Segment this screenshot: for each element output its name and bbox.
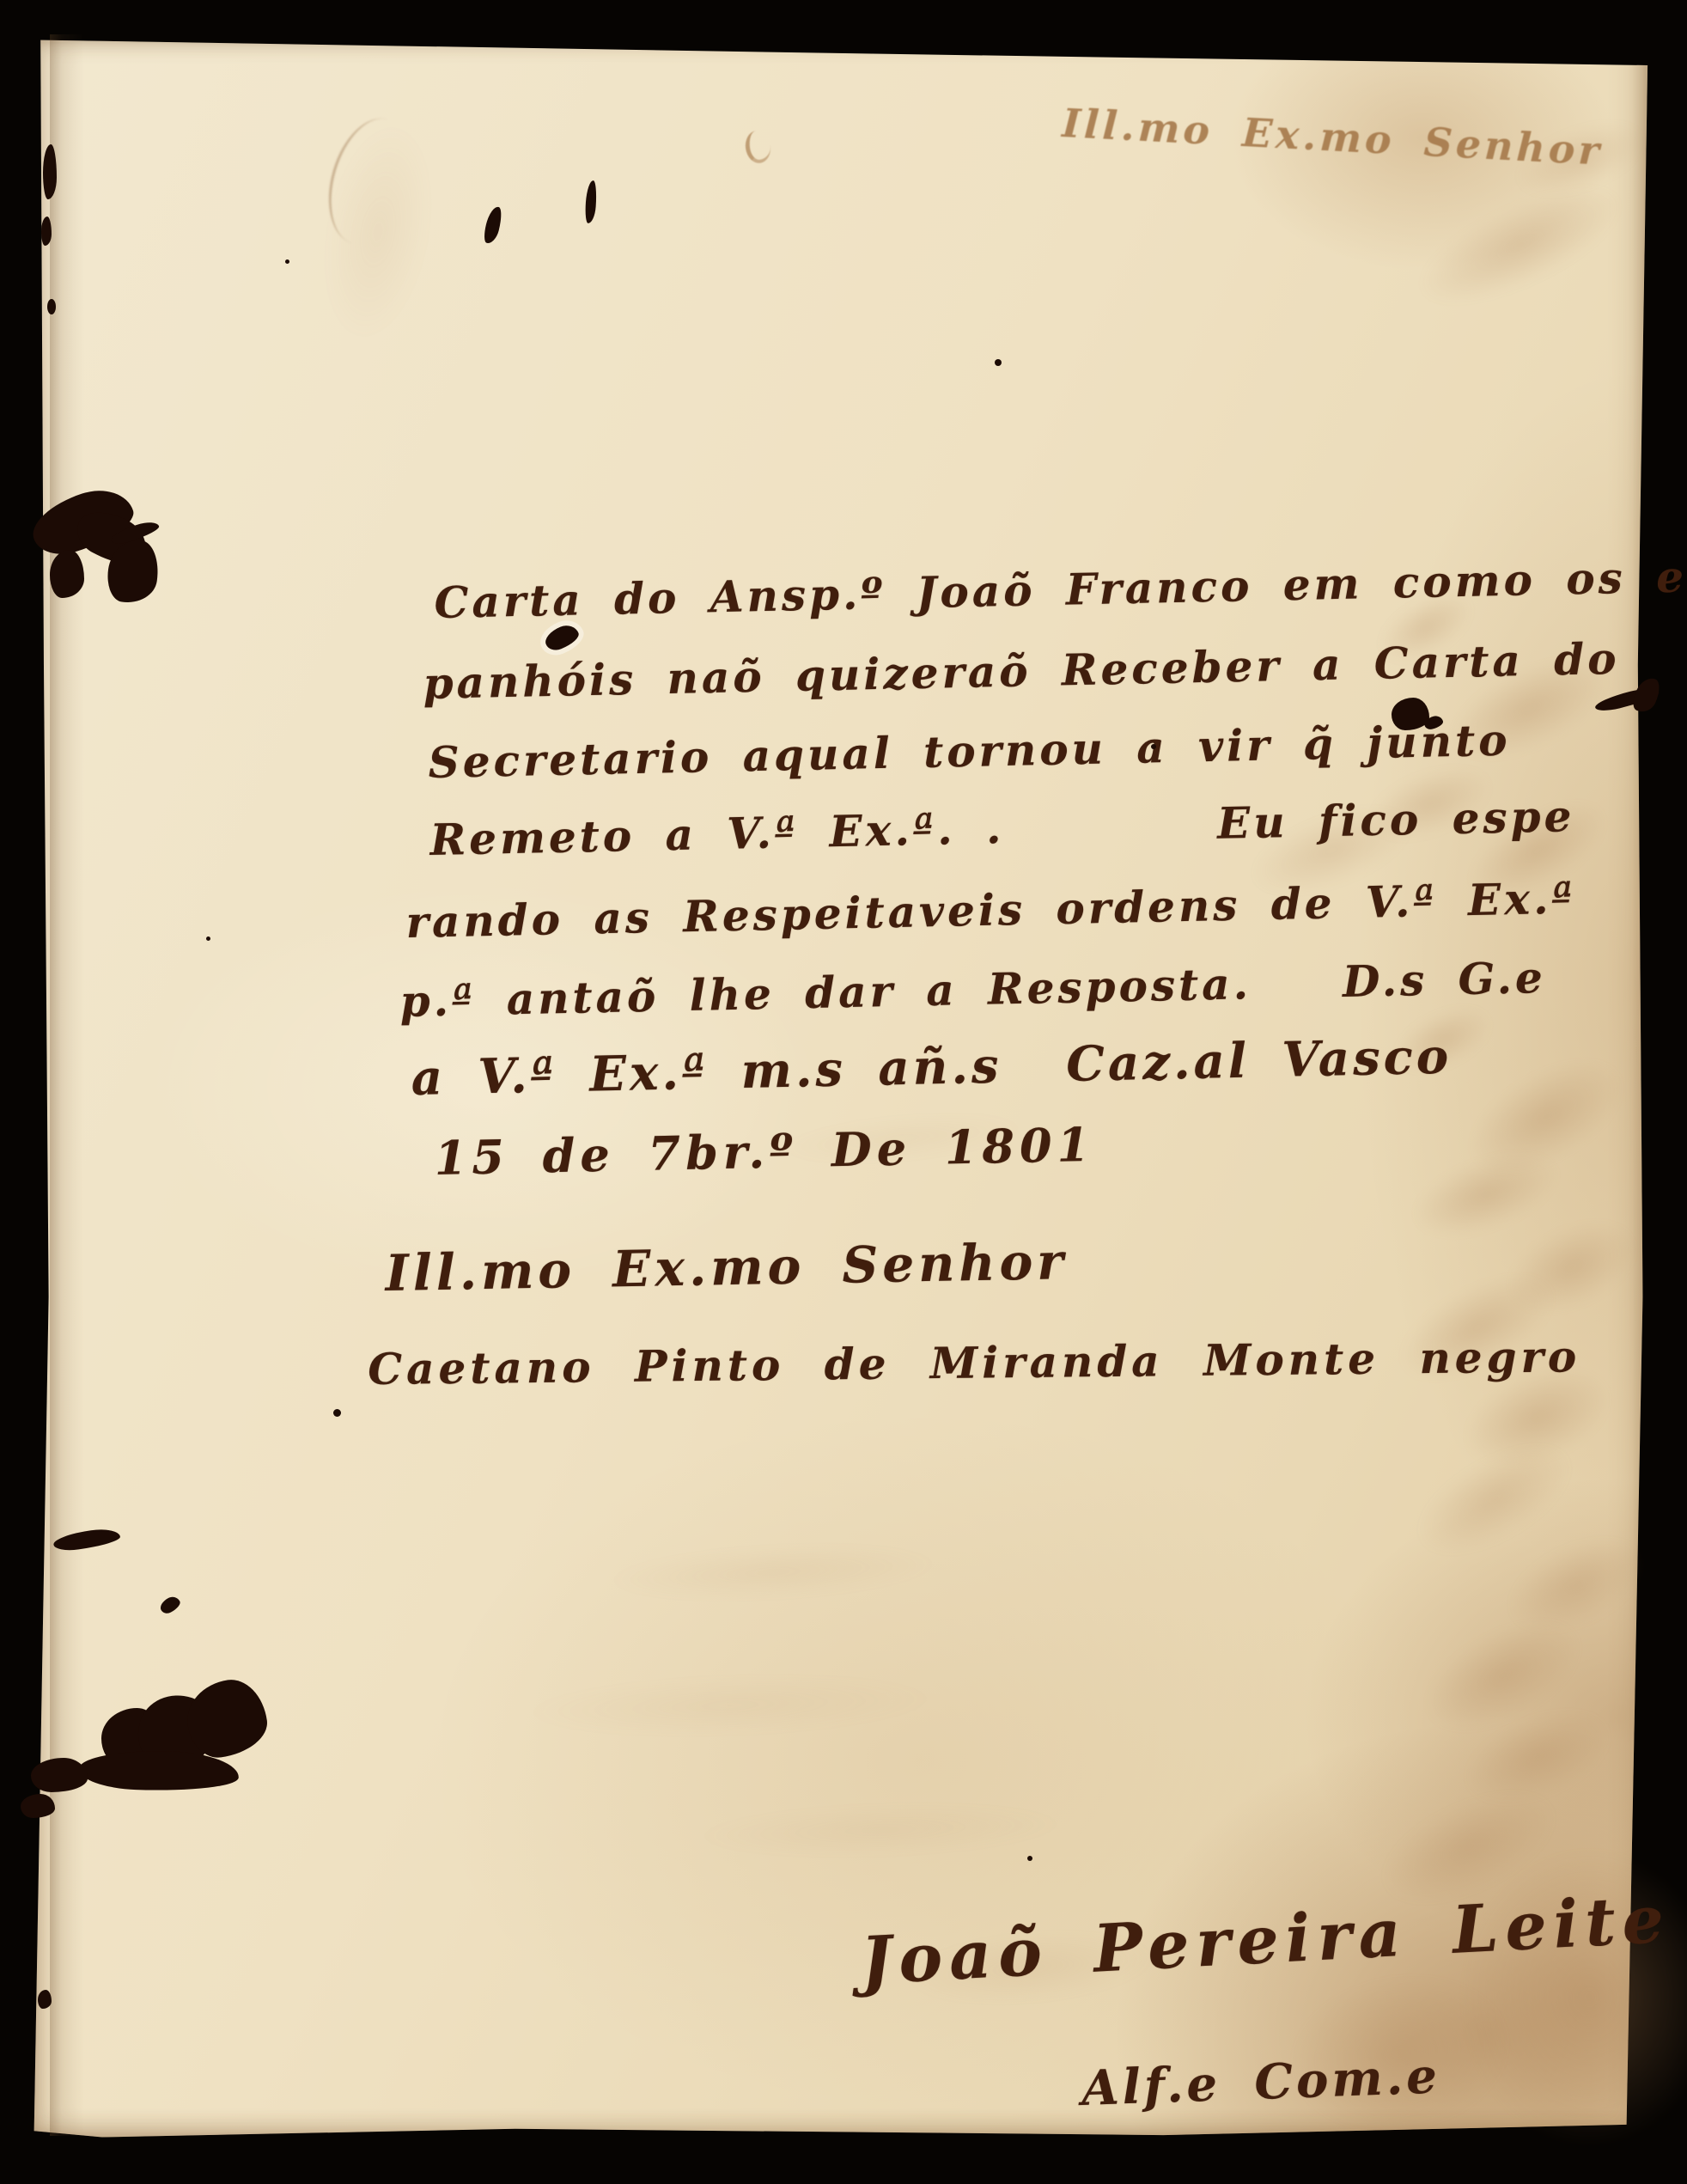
ink-blot [31, 1758, 88, 1792]
ink-blot [1151, 744, 1156, 749]
scanned-manuscript-page: Ill.mo Ex.mo Senhor Carta do Ansp.º Joaõ… [0, 0, 1687, 2184]
ink-blot [995, 359, 1002, 366]
ink-blot [41, 217, 52, 246]
closing-salutation: Ill.mo Ex.mo Senhor [385, 1232, 1068, 1302]
ink-blot [38, 1990, 52, 2009]
ink-blot [50, 550, 84, 598]
ink-blot [21, 1794, 55, 1818]
ink-blot [333, 1409, 341, 1417]
ink-blot [47, 299, 56, 314]
ink-blot [285, 259, 289, 264]
ink-blot [206, 936, 210, 941]
ink-blot [1392, 698, 1429, 730]
ink-blot [1027, 1856, 1032, 1861]
ink-blot [43, 144, 57, 199]
